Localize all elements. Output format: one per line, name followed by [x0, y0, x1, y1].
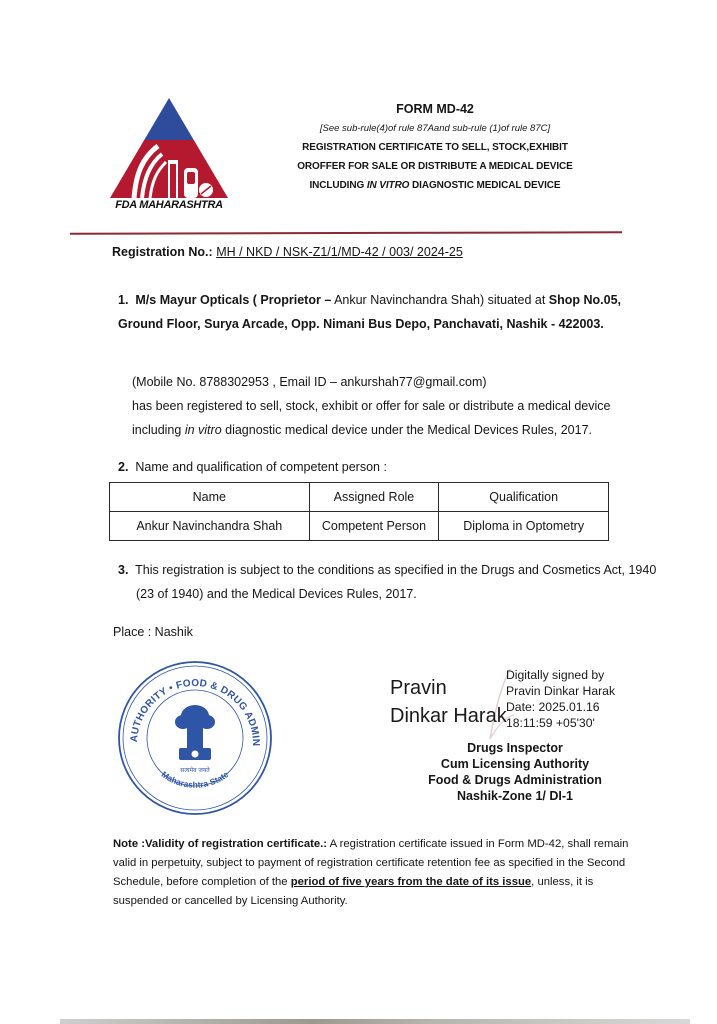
signature-time: 18:11:59 +05'30'	[506, 715, 615, 731]
officer-line: Nashik-Zone 1/ DI-1	[405, 788, 625, 804]
section-3-text: This registration is subject to the cond…	[135, 563, 656, 601]
section-1-number: 1.	[118, 293, 128, 307]
firm-name: M/s Mayur Opticals ( Proprietor –	[135, 293, 331, 307]
certificate-title-line-2: OROFFER FOR SALE OR DISTRIBUTE A MEDICAL…	[250, 161, 620, 172]
competent-person-table: Name Assigned Role Qualification Ankur N…	[109, 482, 609, 541]
form-header: FORM MD-42 [See sub-rule(4)of rule 87Aan…	[250, 100, 620, 191]
signature-detail-line: Pravin Dinkar Harak	[506, 683, 615, 699]
certificate-title-line-3: INCLUDING IN VITRO DIAGNOSTIC MEDICAL DE…	[250, 180, 620, 191]
officer-line: Food & Drugs Administration	[405, 772, 625, 788]
table-header-row: Name Assigned Role Qualification	[110, 483, 609, 512]
section-1-body: (Mobile No. 8788302953 , Email ID – anku…	[132, 370, 642, 442]
header-qualification: Qualification	[439, 483, 609, 512]
signer-name: Pravin Dinkar Harak	[390, 674, 507, 730]
official-seal: LICENSING AUTHORITY • FOOD & DRUG ADMINI…	[115, 658, 275, 818]
statement-post: diagnostic medical device under the Medi…	[222, 423, 592, 437]
registration-number: Registration No.: MH / NKD / NSK-Z1/1/MD…	[112, 245, 463, 259]
signature-detail-line: Digitally signed by	[506, 667, 615, 683]
section-3: 3. This registration is subject to the c…	[118, 558, 661, 606]
certificate-title-line-1: REGISTRATION CERTIFICATE TO SELL, STOCK,…	[250, 142, 620, 153]
section-3-number: 3.	[118, 563, 128, 577]
proprietor: Ankur Navinchandra Shah) situated at	[331, 293, 549, 307]
section-2: 2. Name and qualification of competent p…	[118, 455, 643, 479]
cert-line3-pre: INCLUDING	[309, 180, 366, 191]
section-1: 1. M/s Mayur Opticals ( Proprietor – Ank…	[118, 288, 643, 336]
signer-name-line-2: Dinkar Harak	[390, 702, 507, 730]
form-title: FORM MD-42	[250, 102, 620, 116]
signature-date: Date: 2025.01.16	[506, 699, 615, 715]
section-2-number: 2.	[118, 460, 128, 474]
cert-line3-italic: IN VITRO	[367, 180, 410, 191]
seal-motto: सत्यमेव जयते	[180, 766, 210, 774]
table-row: Ankur Navinchandra Shah Competent Person…	[110, 512, 609, 541]
registration-label: Registration No.:	[112, 245, 213, 259]
section-2-text: Name and qualification of competent pers…	[135, 460, 387, 474]
signer-name-line-1: Pravin	[390, 674, 507, 702]
cell-qualification: Diploma in Optometry	[439, 512, 609, 541]
header-role: Assigned Role	[309, 483, 439, 512]
place: Place : Nashik	[113, 625, 193, 639]
scan-edge	[60, 1019, 690, 1024]
registration-statement: has been registered to sell, stock, exhi…	[132, 394, 642, 442]
cert-line3-post: DIAGNOSTIC MEDICAL DEVICE	[409, 180, 560, 191]
fda-logo-icon	[106, 94, 232, 216]
header-divider	[70, 231, 622, 234]
signature-details: Digitally signed by Pravin Dinkar Harak …	[506, 667, 615, 731]
officer-designation: Drugs Inspector Cum Licensing Authority …	[405, 740, 625, 804]
cell-role: Competent Person	[309, 512, 439, 541]
statement-italic: in vitro	[185, 423, 222, 437]
registration-value: MH / NKD / NSK-Z1/1/MD-42 / 003/ 2024-25	[216, 245, 463, 259]
rule-reference: [See sub-rule(4)of rule 87Aand sub-rule …	[250, 123, 620, 134]
fda-maharashtra-logo: FDA MAHARASHTRA	[106, 94, 232, 216]
logo-caption: FDA MAHARASHTRA	[106, 199, 232, 211]
seal-icon: LICENSING AUTHORITY • FOOD & DRUG ADMINI…	[115, 658, 275, 818]
note-label: Note :Validity of registration certifica…	[113, 838, 327, 850]
officer-line: Drugs Inspector	[405, 740, 625, 756]
validity-note: Note :Validity of registration certifica…	[113, 835, 643, 911]
note-underlined: period of five years from the date of it…	[291, 876, 531, 888]
cell-name: Ankur Navinchandra Shah	[110, 512, 310, 541]
officer-line: Cum Licensing Authority	[405, 756, 625, 772]
header-name: Name	[110, 483, 310, 512]
contact-details: (Mobile No. 8788302953 , Email ID – anku…	[132, 370, 642, 394]
